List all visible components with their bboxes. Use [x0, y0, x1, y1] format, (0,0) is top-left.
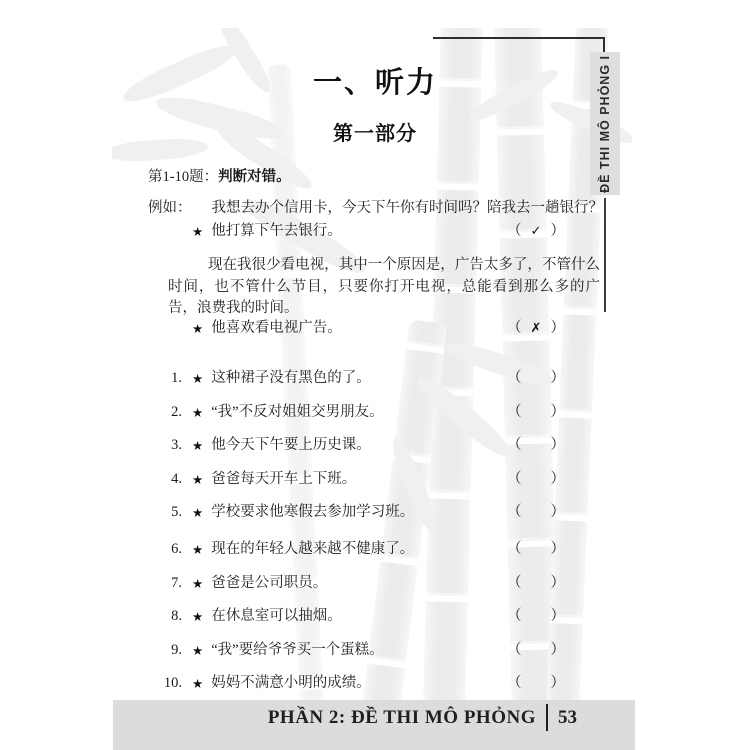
footer-section-title: PHẦN 2: ĐỀ THI MÔ PHỎNG [268, 704, 536, 731]
question-row: 5. ★ 学校要求他寒假去参加学习班。 （ ） [148, 504, 565, 521]
paren-open: （ [507, 437, 522, 454]
star-icon: ★ [192, 437, 203, 454]
example-dialogue: 我想去办个信用卡，今天下午你有时间吗？陪我去一趟银行？ [212, 200, 604, 216]
answer-blank: （ ） [507, 471, 565, 488]
star-icon: ★ [192, 575, 203, 592]
question-number: 3. [148, 437, 182, 454]
paren-close: ） [551, 223, 566, 240]
star-icon: ★ [192, 642, 203, 659]
example-statement: 他喜欢看电视广告。 [211, 320, 342, 337]
cross-mark: ✗ [531, 320, 542, 337]
example-statement: 他打算下午去银行。 [211, 223, 342, 240]
question-row: 3. ★ 他今天下午要上历史课。 （ ） [148, 437, 565, 454]
question-row: 4. ★ 爸爸每天开车上下班。 （ ） [148, 471, 565, 488]
question-text: 爸爸是公司职员。 [211, 575, 327, 592]
paren-close: ） [551, 642, 566, 659]
paren-open: （ [507, 370, 522, 387]
example-passage: 现在我很少看电视，其中一个原因是，广告太多了，不管什么时间，也不管什么节目，只要… [168, 255, 600, 320]
question-text: 爸爸每天开车上下班。 [211, 471, 356, 488]
star-icon: ★ [192, 404, 203, 421]
star-icon: ★ [192, 370, 203, 387]
paren-open: （ [507, 504, 522, 521]
section-title: 一、听力 [0, 60, 750, 101]
star-icon: ★ [192, 541, 203, 558]
question-number: 1. [148, 370, 182, 387]
star-icon: ★ [192, 675, 203, 692]
page-number: 53 [558, 704, 577, 731]
question-row: 6. ★ 现在的年轻人越来越不健康了。 （ ） [148, 541, 565, 558]
paren-close: ） [551, 541, 566, 558]
paren-close: ） [551, 608, 566, 625]
paren-open: （ [507, 642, 522, 659]
part-subtitle: 第一部分 [0, 117, 750, 146]
question-text: 他今天下午要上历史课。 [211, 437, 371, 454]
question-text: 这种裙子没有黑色的了。 [211, 370, 371, 387]
chapter-side-tab: ĐỀ THI MÔ PHỎNG I [590, 52, 620, 195]
question-number: 4. [148, 471, 182, 488]
tab-hook-line-horizontal [433, 37, 605, 39]
answer-blank: （ ） [507, 504, 565, 521]
question-number: 9. [148, 642, 182, 659]
star-icon: ★ [192, 471, 203, 488]
paren-close: ） [551, 404, 566, 421]
example-label: 例如： [148, 200, 192, 216]
answer-blank: （ ） [507, 608, 565, 625]
question-number: 2. [148, 404, 182, 421]
answer-blank: （ ） [507, 642, 565, 659]
paren-close: ） [551, 370, 566, 387]
answer-blank: （ ） [507, 541, 565, 558]
paren-open: （ [507, 404, 522, 421]
answer-blank: （ ） [507, 675, 565, 692]
star-icon: ★ [192, 223, 203, 240]
example-statement-row: ★ 他打算下午去银行。 （ ✓ ） [148, 223, 565, 240]
instructions-directive: 判断对错。 [218, 169, 291, 185]
question-text: 在休息室可以抽烟。 [211, 608, 342, 625]
answer-blank: （ ） [507, 404, 565, 421]
side-tab-rule [604, 198, 606, 312]
side-tab-label: ĐỀ THI MÔ PHỎNG I [598, 55, 612, 193]
question-number: 5. [148, 504, 182, 521]
paren-open: （ [507, 575, 522, 592]
paren-close: ） [551, 675, 566, 692]
question-text: “我”要给爷爷买一个蛋糕。 [211, 642, 383, 659]
paren-open: （ [507, 471, 522, 488]
paren-close: ） [551, 471, 566, 488]
star-icon: ★ [192, 504, 203, 521]
answer-blank: （ ） [507, 437, 565, 454]
paren-open: （ [507, 541, 522, 558]
example-statement-row: ★ 他喜欢看电视广告。 （ ✗ ） [148, 320, 565, 337]
question-number: 10. [148, 675, 182, 692]
paren-close: ） [551, 575, 566, 592]
question-text: 学校要求他寒假去参加学习班。 [211, 504, 414, 521]
star-icon: ★ [192, 320, 203, 337]
answer-blank: （ ） [507, 370, 565, 387]
answer-blank: （ ✗ ） [507, 320, 565, 337]
question-row: 7. ★ 爸爸是公司职员。 （ ） [148, 575, 565, 592]
question-number: 7. [148, 575, 182, 592]
question-row: 10. ★ 妈妈不满意小明的成绩。 （ ） [148, 675, 565, 692]
paren-open: （ [507, 320, 522, 337]
question-row: 8. ★ 在休息室可以抽烟。 （ ） [148, 608, 565, 625]
footer-divider [546, 704, 548, 731]
page-content: 一、听力 第一部分 第1-10题：判断对错。 例如：我想去办个信用卡，今天下午你… [0, 0, 750, 750]
question-text: 现在的年轻人越来越不健康了。 [211, 541, 414, 558]
check-mark: ✓ [531, 223, 542, 240]
paren-open: （ [507, 608, 522, 625]
question-number: 6. [148, 541, 182, 558]
question-row: 9. ★ “我”要给爷爷买一个蛋糕。 （ ） [148, 642, 565, 659]
paren-close: ） [551, 320, 566, 337]
paren-close: ） [551, 504, 566, 521]
question-text: “我”不反对姐姐交男朋友。 [211, 404, 383, 421]
instructions-line: 第1-10题：判断对错。 [148, 169, 291, 186]
question-row: 1. ★ 这种裙子没有黑色的了。 （ ） [148, 370, 565, 387]
answer-blank: （ ✓ ） [507, 223, 565, 240]
paren-open: （ [507, 675, 522, 692]
question-text: 妈妈不满意小明的成绩。 [211, 675, 371, 692]
instructions-range: 第1-10题： [148, 169, 218, 185]
paren-close: ） [551, 437, 566, 454]
star-icon: ★ [192, 608, 203, 625]
question-row: 2. ★ “我”不反对姐姐交男朋友。 （ ） [148, 404, 565, 421]
footer-bar: PHẦN 2: ĐỀ THI MÔ PHỎNG 53 [113, 700, 635, 750]
question-number: 8. [148, 608, 182, 625]
paren-open: （ [507, 223, 522, 240]
example-dialogue-line: 例如：我想去办个信用卡，今天下午你有时间吗？陪我去一趟银行？ [148, 200, 603, 217]
answer-blank: （ ） [507, 575, 565, 592]
